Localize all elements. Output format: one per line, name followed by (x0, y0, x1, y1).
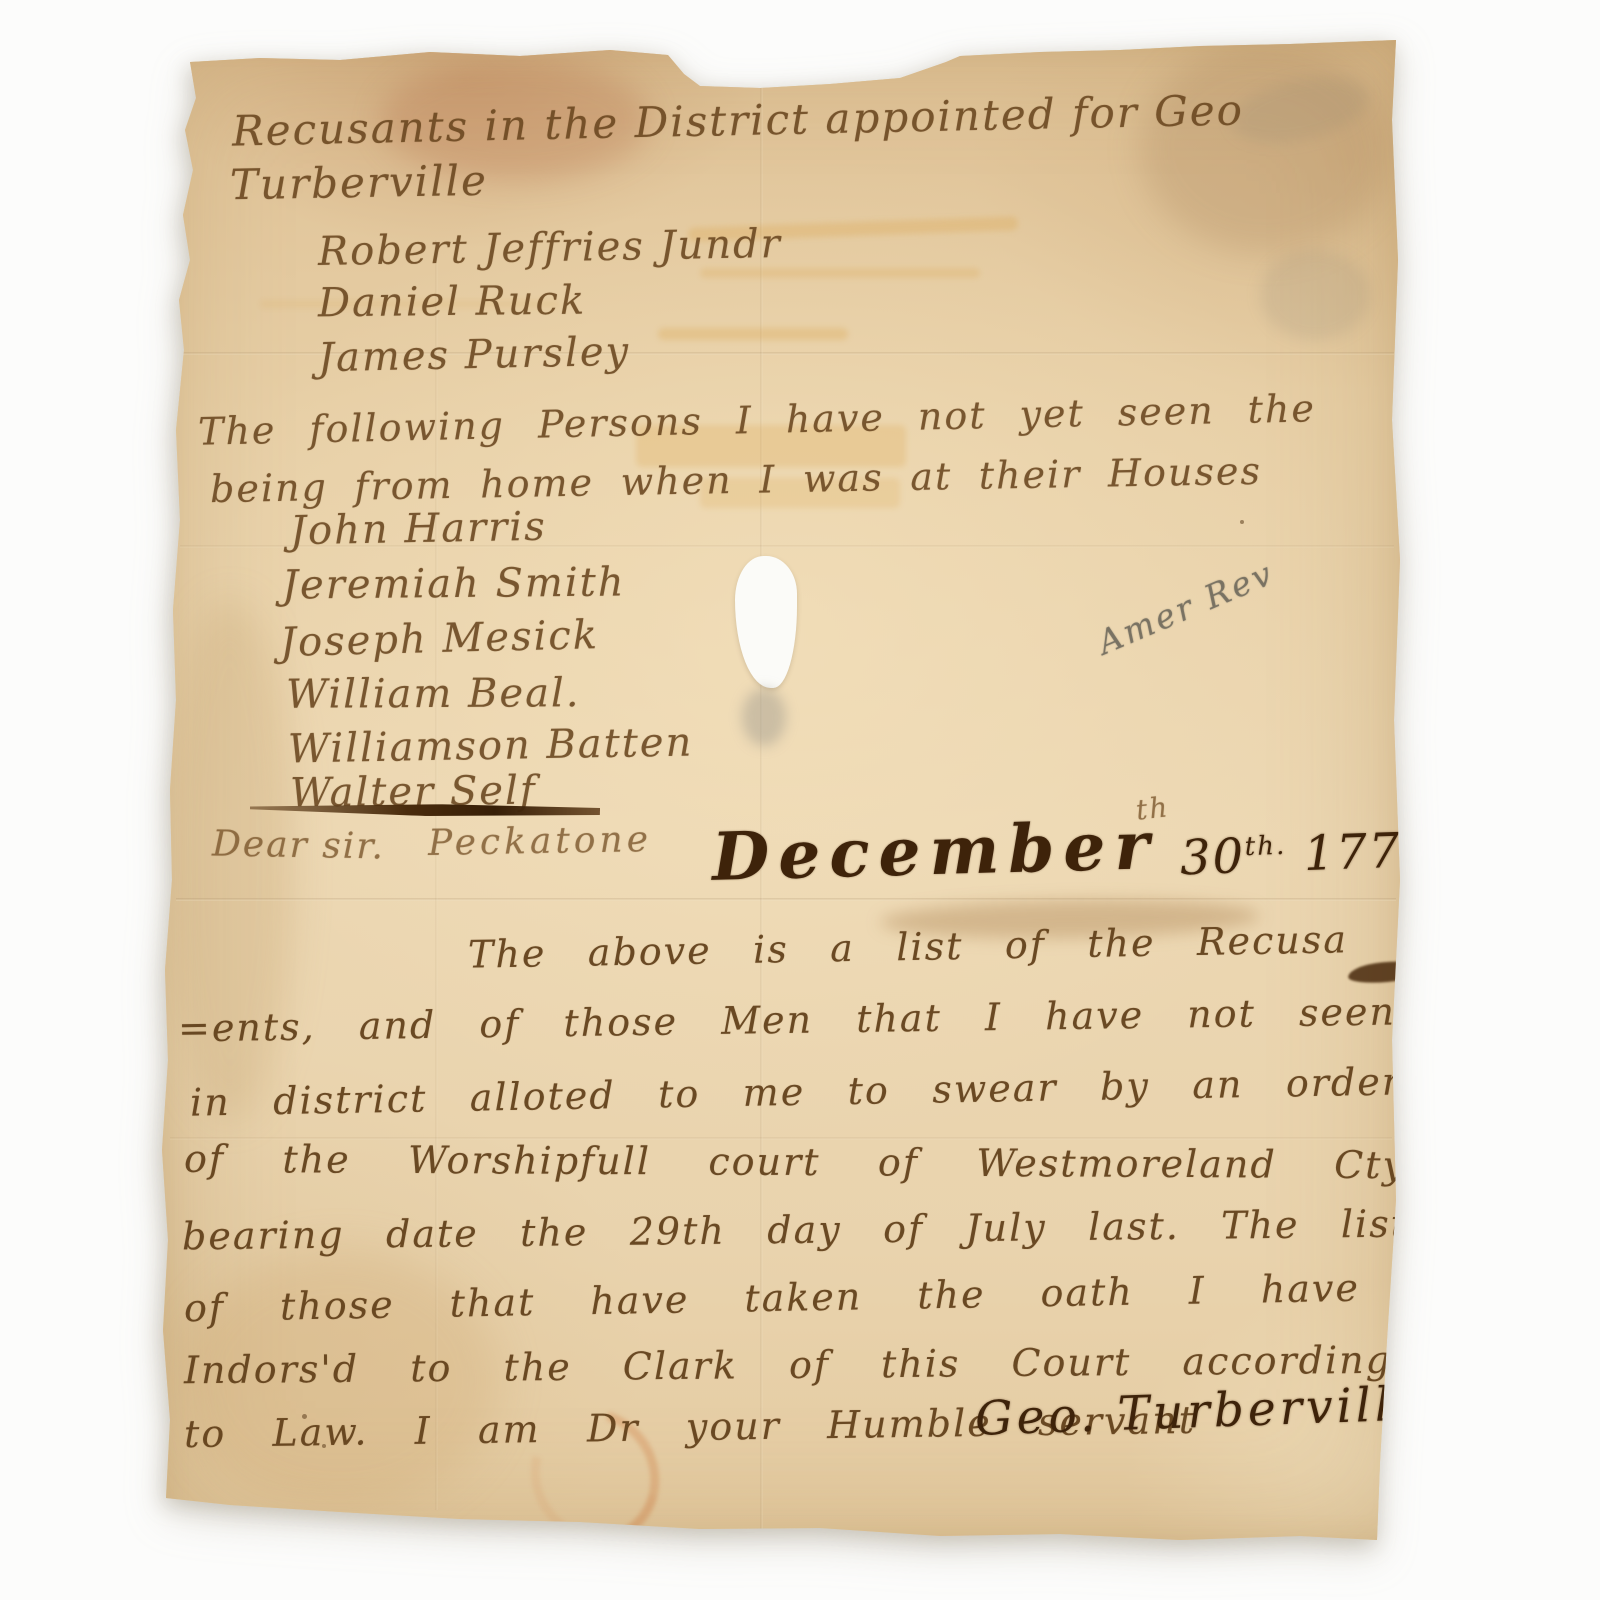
paper-shadow: Recusants in the District appointed for … (0, 0, 1600, 1600)
body-line: of the Worshipfull court of Westmoreland… (184, 1137, 1406, 1189)
recusant-name: Robert Jeffries Jundr (318, 220, 783, 276)
letter-sheet: Recusants in the District appointed for … (0, 0, 1600, 1600)
unseen-name: Williamson Batten (288, 718, 694, 773)
paper-speck (1240, 520, 1244, 524)
pencil-smudge-2 (1260, 250, 1370, 340)
recusant-name: James Pursley (318, 328, 631, 383)
date-day-year: 30th. 1777 (1179, 822, 1435, 888)
showthrough-mark (658, 328, 848, 340)
place-name: Peckatone (428, 818, 653, 865)
date-day: 30 (1179, 828, 1246, 886)
recusant-name: Daniel Ruck (318, 277, 587, 328)
fold-crease-horizontal-3 (176, 898, 1396, 901)
salutation: Dear sir. (212, 822, 386, 868)
date-month: December (711, 806, 1159, 897)
unseen-name: Joseph Mesick (279, 611, 599, 667)
gray-smudge (742, 688, 786, 746)
date-year: 1777 (1303, 822, 1435, 883)
heading-line-2: Turberville (230, 156, 489, 211)
date-day-suffix: th. (1244, 831, 1286, 862)
photo-background: Recusants in the District appointed for … (0, 0, 1600, 1600)
showthrough-mark (700, 268, 980, 278)
unseen-name: Jeremiah Smith (282, 559, 626, 610)
stain-top-right (1140, 44, 1390, 254)
unseen-name: John Harris (290, 503, 547, 555)
unseen-name: William Beal. (286, 669, 581, 719)
